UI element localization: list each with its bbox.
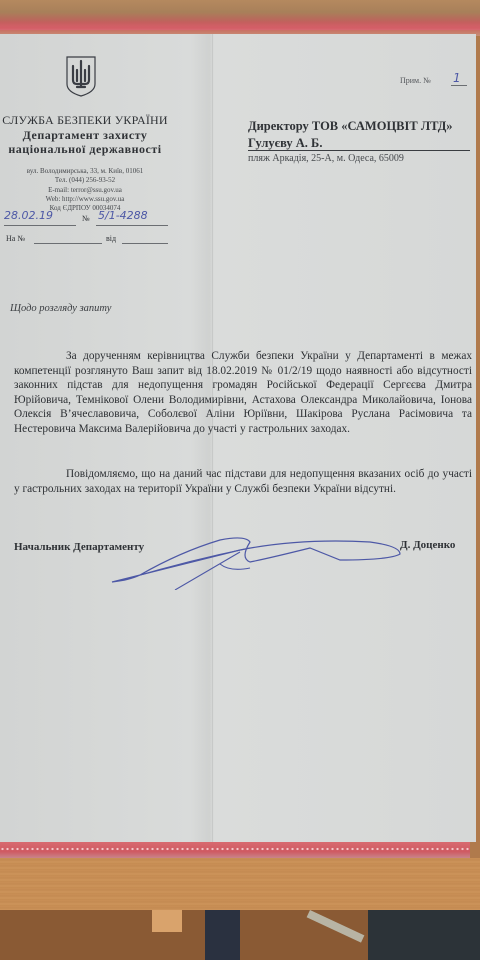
reference-number-blank	[34, 243, 102, 244]
department-line-1: Департамент захисту	[0, 128, 170, 142]
organization-name: СЛУЖБА БЕЗПЕКИ УКРАЇНИ	[0, 113, 170, 128]
floor-object	[368, 910, 480, 960]
addressee-address: пляж Аркадія, 25-А, м. Одеса, 65009	[248, 153, 404, 164]
date-underline	[4, 225, 76, 226]
number-underline	[96, 225, 168, 226]
chair-shadow	[205, 910, 240, 960]
addressee-name: Гулуєву А. Б.	[248, 136, 322, 151]
folder-edge-bottom	[0, 842, 470, 858]
reference-number-label: На №	[6, 234, 25, 243]
letterhead-contact-block: вул. Володимирська, 33, м. Київ, 01061 Т…	[0, 167, 170, 213]
department-name: Департамент захисту національної державн…	[0, 128, 170, 156]
trident-coat-of-arms-icon	[64, 54, 98, 98]
body-paragraph-1: За дорученням керівництва Служби безпеки…	[14, 349, 472, 437]
paper-fold-line	[212, 34, 214, 842]
under-desk-area	[0, 910, 480, 960]
folder-stitching	[0, 847, 470, 851]
outgoing-number-label: №	[82, 214, 90, 223]
street-address: вул. Володимирська, 33, м. Київ, 01061	[0, 167, 170, 176]
handwritten-signature-icon	[100, 530, 410, 590]
department-line-2: національної державності	[0, 142, 170, 156]
reference-date-blank	[122, 243, 168, 244]
body-paragraph-2: Повідомляємо, що на даний час підстави д…	[14, 467, 472, 496]
subject-line: Щодо розгляду запиту	[10, 303, 111, 314]
signatory-name: Д. Доценко	[400, 539, 455, 551]
reference-from-label: від	[106, 234, 116, 243]
website: Web: http://www.ssu.gov.ua	[0, 195, 170, 204]
addressee-underline	[248, 150, 470, 151]
email: E-mail: terror@ssu.gov.ua	[0, 186, 170, 195]
addressee-title: Директору ТОВ «САМОЦВІТ ЛТД»	[248, 119, 453, 134]
copy-number-label: Прим. №	[400, 76, 431, 85]
desk-edge	[0, 858, 480, 910]
desk-leg	[152, 910, 182, 932]
outgoing-date-handwritten: 28.02.19	[4, 209, 53, 222]
chair-frame	[307, 910, 365, 943]
copy-number-handwritten: 1	[453, 71, 461, 85]
copy-number-underline	[451, 85, 467, 86]
outgoing-number-handwritten: 5/1-4288	[98, 209, 148, 222]
phone: Тел. (044) 256-93-52	[0, 176, 170, 185]
